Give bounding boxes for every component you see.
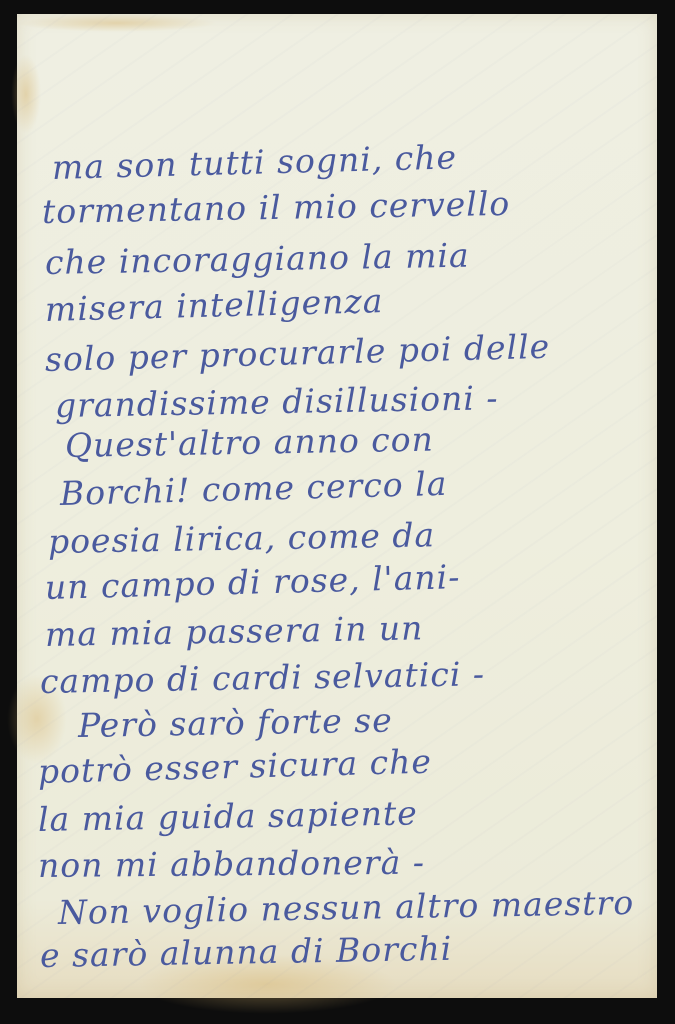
handwritten-line: e sarò alunna di Borchi bbox=[40, 929, 453, 975]
handwritten-line: la mia guida sapiente bbox=[38, 793, 418, 839]
handwritten-line: non mi abbandonerà - bbox=[38, 843, 425, 885]
handwritten-line: che incoraggiano la mia bbox=[45, 236, 470, 282]
handwritten-line: campo di cardi selvatici - bbox=[40, 654, 486, 701]
handwritten-line: Però sarò forte se bbox=[78, 701, 393, 745]
handwritten-line: poesia lirica, come da bbox=[48, 515, 436, 561]
handwritten-line: Quest'altro anno con bbox=[65, 420, 434, 465]
handwritten-line: ma mia passera in un bbox=[45, 608, 424, 654]
handwritten-line: tormentano il mio cervello bbox=[42, 184, 511, 231]
handwritten-line: grandissime disillusioni - bbox=[55, 378, 499, 425]
